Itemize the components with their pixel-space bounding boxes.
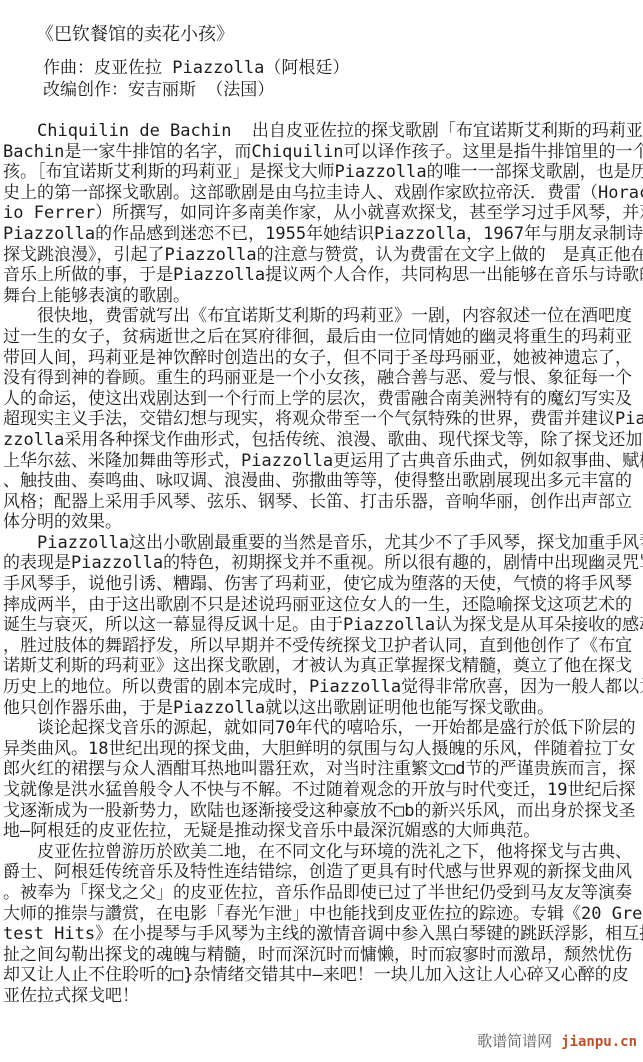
text-line: Piazzolla的作品感到迷恋不已，1955年她结识Piazzolla，196… <box>3 224 641 245</box>
watermark-site-url: jianpu.cn <box>561 1034 637 1050</box>
text-line: 探戈跳浪漫》，引起了Piazzolla的注意与赞赏，认为费雷在文字上做的 是真正… <box>3 245 641 266</box>
text-line: zzolla采用各种探戈作曲形式，包括传统、浪漫、歌曲、现代探戈等，除了探戈还加 <box>3 430 641 451</box>
text-line: 过一生的女子，贫病逝世之后在冥府徘徊，最后由一位同情她的幽灵将重生的玛莉亚 <box>3 327 641 348</box>
text-line: 体分明的效果。 <box>3 512 641 533</box>
text-line: 、触技曲、奏鸣曲、咏叹调、浪漫曲、弥撒曲等等，使得整出歌剧展现出多元丰富的 <box>3 471 641 492</box>
text-line: Piazzolla这出小歌剧最重要的当然是音乐，尤其少不了手风琴，探戈加重手风琴 <box>3 533 641 554</box>
text-line: 的表现是Piazzolla的特色，初期探戈并不重视。所以很有趣的，剧情中出现幽灵… <box>3 553 641 574</box>
watermark: 歌谱简谱网 jianpu.cn <box>477 1030 637 1051</box>
text-line: 手风琴手，说他引诱、糟蹋、伤害了玛莉亚，使它成为堕落的天使，气愤的将手风琴 <box>3 574 641 595</box>
text-line: 孩。［布宜诺斯艾利斯的玛莉亚」是探戈大师Piazzolla的唯一一部探戈歌剧，也… <box>3 162 641 183</box>
text-line: 诺斯艾利斯的玛莉亚》这出探戈歌剧，才被认为真正掌握探戈精髓，奠立了他在探戈 <box>3 656 641 677</box>
text-line: 舞台上能够表演的歌剧。 <box>3 286 641 307</box>
text-line: ，胜过肢体的舞蹈抒发，所以早期并不受传统探戈卫护者认同，直到他创作了《布宜 <box>3 636 641 657</box>
text-line: 带回人间，玛莉亚是神饮醉时创造出的女子，但不同于圣母玛丽亚，她被神遗忘了， <box>3 348 641 369</box>
text-line: 大师的推崇与讚赏，在电影「春光乍泄」中也能找到皮亚佐拉的踪迹。专辑《20 Gre… <box>3 904 641 925</box>
body-text: Chiquilin de Bachin 出自皮亚佐拉的探戈歌剧「布宜诺斯艾利斯的… <box>3 121 641 1007</box>
text-line: 风格；配器上采用手风琴、弦乐、钢琴、长笛、打击乐器，音响华丽，创作出声部立 <box>3 492 641 513</box>
text-line: 谈论起探戈音乐的源起，就如同70年代的嘻哈乐，一开始都是盛行於低下阶层的 <box>3 718 641 739</box>
text-line: 戈就像是洪水猛兽般令人不快与不解。不过随着观念的开放与时代变迁，19世纪后探 <box>3 780 641 801</box>
text-line: 亚佐拉式探戈吧！ <box>3 986 641 1007</box>
text-line: 摔成两半，由于这出歌剧不只是述说玛丽亚这位女人的一生，还隐喻探戈这项艺术的 <box>3 595 641 616</box>
page-title: 《巴钦餐馆的卖花小孩》 <box>36 20 234 46</box>
text-line: 他只创作器乐曲，于是Piazzolla就以这出歌剧证明他也能写探戈歌曲。 <box>3 698 641 719</box>
text-line: 。被奉为「探戈之父」的皮亚佐拉，音乐作品即使已过了半世纪仍受到马友友等演奏 <box>3 883 641 904</box>
text-line: 皮亚佐拉曾游历於欧美二地，在不同文化与环境的洗礼之下，他将探戈与古典、 <box>3 842 641 863</box>
text-line: Chiquilin de Bachin 出自皮亚佐拉的探戈歌剧「布宜诺斯艾利斯的… <box>3 121 641 142</box>
text-line: 郎火红的裙摆与众人酒酣耳热地叫嚣狂欢，对当时注重繁文□d节的严谨贵族而言，探 <box>3 759 641 780</box>
text-line: 却又让人止不住聆听的□}杂情绪交错其中—来吧！一块儿加入这让人心碎又心醉的皮 <box>3 965 641 986</box>
text-line: 爵士、阿根廷传统音乐及特性连结错综，创造了更具有时代感与世界观的新探戈曲风 <box>3 862 641 883</box>
text-line: Bachin是一家牛排馆的名字，而Chiquilin可以译作孩子。这里是指牛排馆… <box>3 142 641 163</box>
text-line: 很快地，费雷就写出《布宜诺斯艾利斯的玛莉亚》一剧，内容叙述一位在酒吧度 <box>3 306 641 327</box>
text-line: 历史上的地位。所以费雷的剧本完成时，Piazzolla觉得非常欣喜，因为一般人都… <box>3 677 641 698</box>
text-line: 诞生与衰灭，所以这一幕显得反讽十足。由于Piazzolla认为探戈是从耳朵接收的… <box>3 615 641 636</box>
text-line: io Ferrer）所撰写，如同许多南美作家，从小就喜欢探戈，甚至学习过手风琴，… <box>3 203 641 224</box>
text-line: 戈逐渐成为一股新势力，欧陆也逐渐接受这种豪放不□b的新兴乐风，而出身於探戈圣 <box>3 801 641 822</box>
text-line: 地—阿根廷的皮亚佐拉，无疑是推动探戈音乐中最深沉媚惑的大师典范。 <box>3 821 641 842</box>
watermark-site-name: 歌谱简谱网 <box>477 1032 552 1050</box>
text-line: 人的命运，使这出戏剧达到一个行而上学的层次，费雷融合南美洲特有的魔幻写实及 <box>3 389 641 410</box>
arranger-credit: 改编创作：安吉丽斯 （法国） <box>43 75 274 100</box>
text-line: test Hits》在小提琴与手风琴为主线的激情音调中参入黑白琴键的跳跃浮影，相… <box>3 924 641 945</box>
watermark-spacer <box>552 1032 561 1050</box>
text-line: 扯之间勾勒出探戈的魂魄与精髓，时而深沉时而慵懒，时而寂寥时而激昂，颓然忧伤 <box>3 945 641 966</box>
text-line: 没有得到神的眷顾。重生的玛丽亚是一个小女孩，融合善与恶、爱与恨、象征每一个 <box>3 368 641 389</box>
text-line: 音乐上所做的事，于是Piazzolla提议两个人合作，共同构思一出能够在音乐与诗… <box>3 265 641 286</box>
text-line: 异类曲风。18世纪出现的探戈曲，大胆鲜明的氛围与勾人摄魄的乐风，伴随着拉丁女 <box>3 739 641 760</box>
text-line: 史上的第一部探戈歌剧。这部歌剧是由乌拉圭诗人、戏剧作家欧拉帝沃．费雷（Horac <box>3 183 641 204</box>
text-line: 超现实主义手法，交错幻想与现实，将观众带至一个气氛特殊的世界，费雷并建议Pia <box>3 409 641 430</box>
text-line: 上华尔兹、米隆加舞曲等形式，Piazzolla更运用了古典音乐曲式，例如叙事曲、… <box>3 451 641 472</box>
